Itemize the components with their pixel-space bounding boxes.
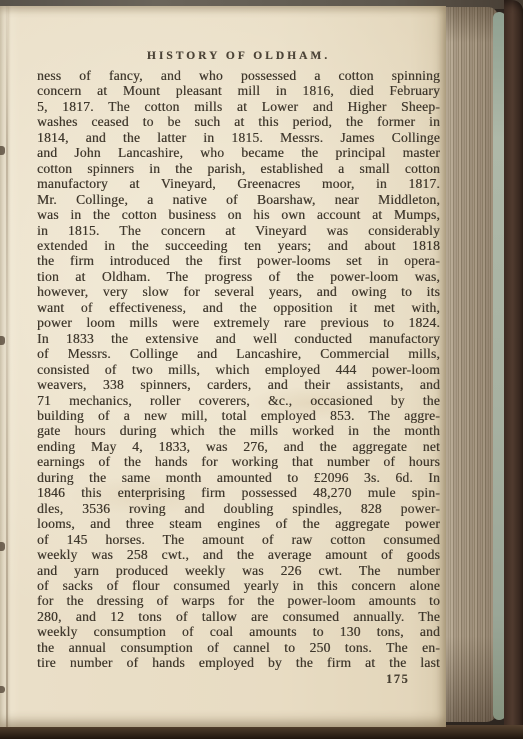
text-line: In 1833 the extensive and well conducted… bbox=[37, 331, 440, 346]
text-line: cotton spinners in the parish, establish… bbox=[37, 161, 440, 176]
text-line: however, very slow for several years, an… bbox=[37, 284, 440, 299]
text-line: 280, and 12 tons of tallow are consumed … bbox=[37, 609, 440, 624]
text-line: the annual consumption of cannel to 250 … bbox=[37, 640, 440, 655]
text-line: and yarn produced weekly was 226 cwt. Th… bbox=[37, 563, 440, 578]
text-line: ending May 4, 1833, was 276, and the agg… bbox=[37, 439, 440, 454]
book-page: HISTORY OF OLDHAM. ness of fancy, and wh… bbox=[0, 6, 446, 727]
text-line: weekly was 258 cwt., and the average amo… bbox=[37, 547, 440, 562]
stacked-page-edges bbox=[441, 7, 498, 722]
text-line: tire number of hands employed by the fir… bbox=[37, 655, 440, 670]
text-line: washes ceased to be such at this period,… bbox=[37, 114, 440, 129]
text-line: want of effectiveness, and the oppositio… bbox=[37, 300, 440, 315]
binding-crease bbox=[6, 6, 8, 727]
text-line: the firm introduced the first power-loom… bbox=[37, 253, 440, 268]
binding-mark bbox=[0, 146, 5, 155]
page-body-text: ness of fancy, and who possessed a cotto… bbox=[37, 68, 440, 671]
binding-mark bbox=[0, 686, 5, 693]
text-line: 71 mechanics, roller coverers, &c., occa… bbox=[37, 393, 440, 408]
text-line: Mr. Collinge, a native of Boarshaw, near… bbox=[37, 192, 440, 207]
text-line: concern at Mount pleasant mill in 1816, … bbox=[37, 83, 440, 98]
book-scan-photo: HISTORY OF OLDHAM. ness of fancy, and wh… bbox=[0, 0, 523, 739]
text-line: ness of fancy, and who possessed a cotto… bbox=[37, 68, 440, 83]
text-line: was in the cotton business on his own ac… bbox=[37, 207, 440, 222]
text-line: power loom mills were extremely rare pre… bbox=[37, 315, 440, 330]
text-line: weekly consumption of coal amounts to 13… bbox=[37, 624, 440, 639]
text-line: 1846 this enterprising firm possessed 48… bbox=[37, 485, 440, 500]
text-line: of Messrs. Collinge and Lancashire, Comm… bbox=[37, 346, 440, 361]
binding-mark bbox=[0, 542, 5, 551]
text-line: 5, 1817. The cotton mills at Lower and H… bbox=[37, 99, 440, 114]
page-number: 175 bbox=[386, 672, 409, 687]
binding-mark bbox=[0, 336, 5, 345]
text-line: of sacks of flour consumed yearly in thi… bbox=[37, 578, 440, 593]
text-line: for the dressing of warps for the power-… bbox=[37, 593, 440, 608]
text-line: of 145 horses. The amount of raw cotton … bbox=[37, 532, 440, 547]
text-line: manufactory at Vineyard, Greenacres moor… bbox=[37, 176, 440, 191]
text-line: weavers, 338 spinners, carders, and thei… bbox=[37, 377, 440, 392]
text-line: gate hours during which the mills worked… bbox=[37, 423, 440, 438]
text-line: consisted of two mills, which employed 4… bbox=[37, 362, 440, 377]
running-header: HISTORY OF OLDHAM. bbox=[37, 50, 440, 62]
text-line: extended in the succeeding ten years; an… bbox=[37, 238, 440, 253]
text-line: in 1815. The concern at Vineyard was con… bbox=[37, 223, 440, 238]
book-cover-bottom bbox=[0, 725, 523, 739]
text-line: tion at Oldham. The progress of the powe… bbox=[37, 269, 440, 284]
text-line: looms, and three steam engines of the ag… bbox=[37, 516, 440, 531]
text-line: earnings of the hands for working that n… bbox=[37, 454, 440, 469]
text-line: dles, 3536 roving and doubling spindles,… bbox=[37, 501, 440, 516]
text-line: during the same month amounted to £2096 … bbox=[37, 470, 440, 485]
book-cover-right bbox=[504, 0, 523, 739]
text-line: and John Lancashire, who became the prin… bbox=[37, 145, 440, 160]
text-line: building of a new mill, total employed 8… bbox=[37, 408, 440, 423]
text-line: 1814, and the latter in 1815. Messrs. Ja… bbox=[37, 130, 440, 145]
